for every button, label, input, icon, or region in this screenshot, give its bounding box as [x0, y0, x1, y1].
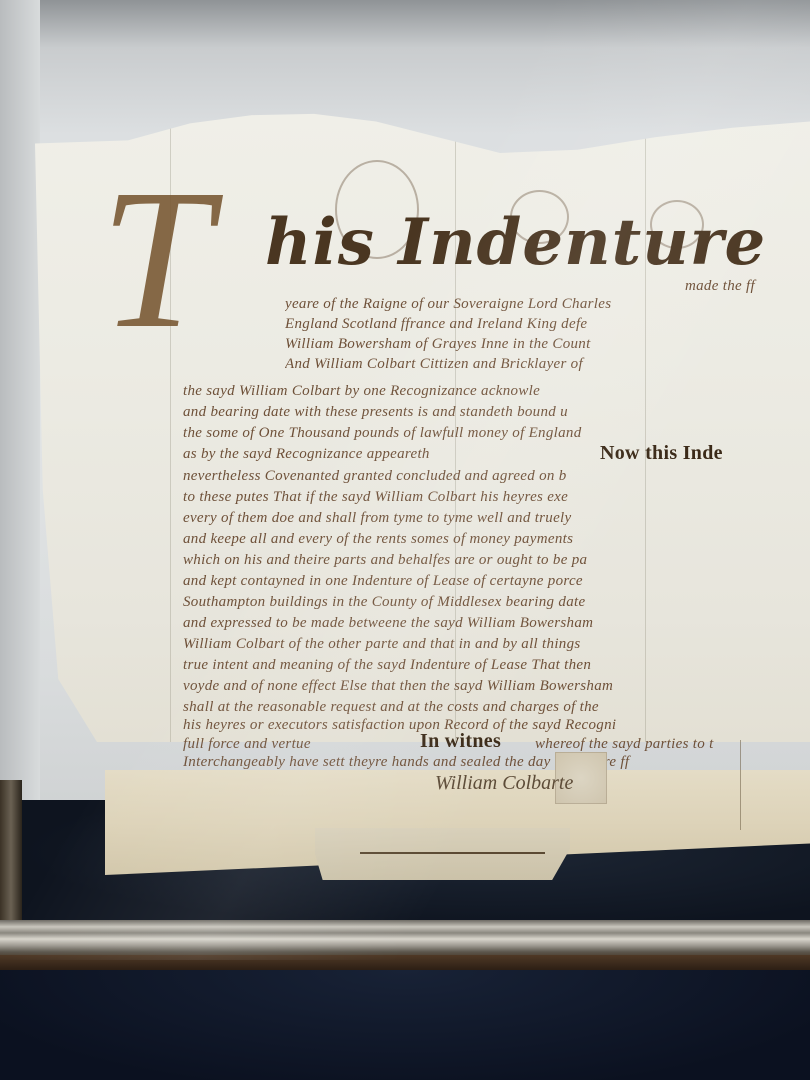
dark-surface: [0, 970, 810, 1080]
decorated-initial: T: [100, 160, 211, 360]
text-line: shall at the reasonable request and at t…: [183, 699, 810, 716]
text-line: made the ff: [685, 278, 810, 295]
text-line: the some of One Thousand pounds of lawfu…: [183, 425, 810, 442]
text-line: full force and vertue: [183, 736, 413, 753]
document-heading: his Indenture: [265, 205, 766, 280]
text-line: William Colbart of the other parte and t…: [183, 636, 810, 653]
in-witness-heading: In witnes: [420, 730, 530, 753]
text-line: which on his and theire parts and behalf…: [183, 552, 810, 569]
seal-tag: [315, 828, 570, 880]
text-line: true intent and meaning of the sayd Inde…: [183, 657, 810, 674]
signature: William Colbarte: [435, 772, 573, 795]
text-line: as by the sayd Recognizance appeareth: [183, 446, 583, 463]
tag-tear: [360, 852, 545, 854]
text-line: voyde and of none effect Else that then …: [183, 678, 810, 695]
flap-crease: [740, 740, 741, 830]
frame-bottom-moulding: [0, 920, 810, 958]
text-line: and expressed to be made betweene the sa…: [183, 615, 810, 632]
text-line: William Bowersham of Grayes Inne in the …: [285, 336, 810, 353]
text-line: the sayd William Colbart by one Recogniz…: [183, 383, 810, 400]
now-this-indenture: Now this Inde: [600, 442, 810, 465]
text-line: yeare of the Raigne of our Soveraigne Lo…: [285, 296, 810, 313]
text-line: whereof the sayd parties to t: [535, 736, 810, 753]
text-line: Southampton buildings in the County of M…: [183, 594, 810, 611]
text-line: England Scotland ffrance and Ireland Kin…: [285, 316, 810, 333]
text-line: And William Colbart Cittizen and Brickla…: [285, 356, 810, 373]
text-line: Interchangeably have sett theyre hands a…: [183, 754, 810, 771]
text-line: and kept contayned in one Indenture of L…: [183, 573, 810, 590]
text-line: every of them doe and shall from tyme to…: [183, 510, 810, 527]
text-line: and keepe all and every of the rents som…: [183, 531, 810, 548]
text-line: nevertheless Covenanted granted conclude…: [183, 468, 810, 485]
text-line: and bearing date with these presents is …: [183, 404, 810, 421]
frame-bottom-lip: [0, 955, 810, 971]
text-line: to these putes That if the sayd William …: [183, 489, 810, 506]
